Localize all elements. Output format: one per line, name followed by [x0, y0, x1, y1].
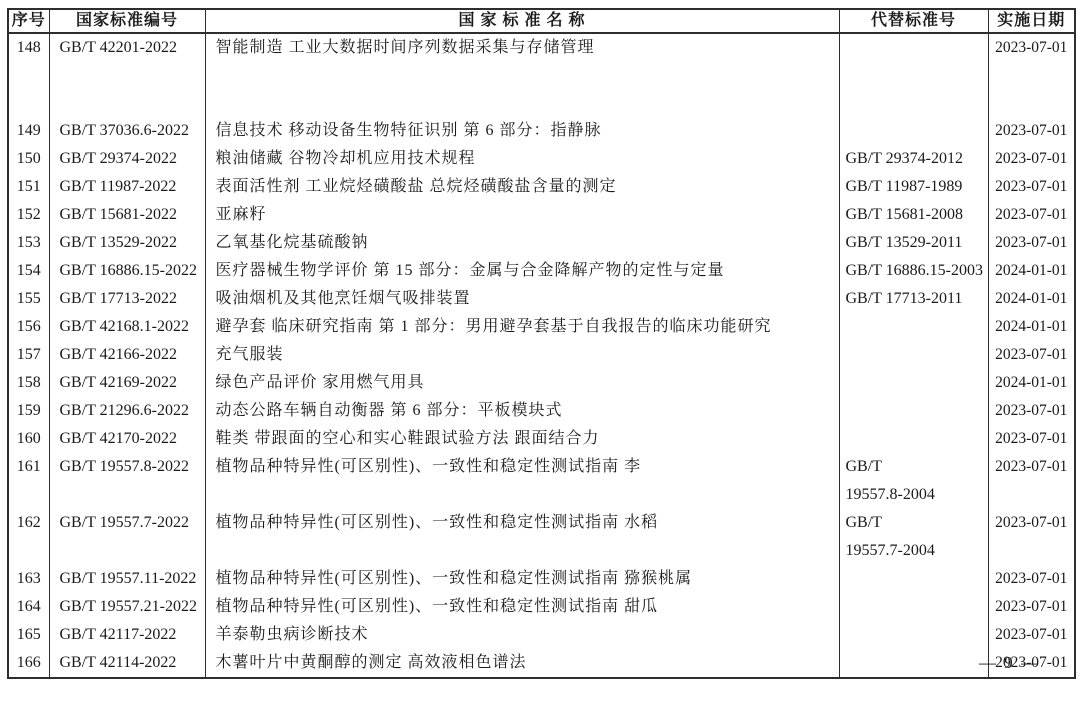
cell-standard-code: GB/T 21296.6-2022	[49, 397, 205, 425]
cell-standard-code: GB/T 42168.1-2022	[49, 313, 205, 341]
cell-implementation-date: 2023-07-01	[988, 33, 1075, 117]
cell-standard-name: 智能制造 工业大数据时间序列数据采集与存储管理	[205, 33, 839, 117]
cell-replaced-code	[839, 313, 988, 341]
cell-replaced-code	[839, 593, 988, 621]
col-header-standard-code: 国家标准编号	[49, 9, 205, 33]
cell-standard-name: 鞋类 带跟面的空心和实心鞋跟试验方法 跟面结合力	[205, 425, 839, 453]
cell-standard-code: GB/T 19557.8-2022	[49, 453, 205, 509]
table-row: 154 GB/T 16886.15-2022 医疗器械生物学评价 第 15 部分…	[8, 257, 1075, 285]
cell-implementation-date: 2023-07-01	[988, 509, 1075, 565]
table-row: 156 GB/T 42168.1-2022 避孕套 临床研究指南 第 1 部分：…	[8, 313, 1075, 341]
cell-implementation-date: 2024-01-01	[988, 313, 1075, 341]
cell-replaced-code	[839, 565, 988, 593]
table-row: 148 GB/T 42201-2022 智能制造 工业大数据时间序列数据采集与存…	[8, 33, 1075, 117]
cell-standard-name: 亚麻籽	[205, 201, 839, 229]
table-row: 150 GB/T 29374-2022 粮油储藏 谷物冷却机应用技术规程 GB/…	[8, 145, 1075, 173]
cell-serial-number: 165	[8, 621, 49, 649]
cell-standard-code: GB/T 29374-2022	[49, 145, 205, 173]
col-header-replaced-code: 代替标准号	[839, 9, 988, 33]
cell-standard-name: 植物品种特异性(可区别性)、一致性和稳定性测试指南 水稻	[205, 509, 839, 565]
cell-serial-number: 148	[8, 33, 49, 117]
cell-standard-code: GB/T 13529-2022	[49, 229, 205, 257]
cell-implementation-date: 2023-07-01	[988, 453, 1075, 509]
cell-standard-name: 医疗器械生物学评价 第 15 部分：金属与合金降解产物的定性与定量	[205, 257, 839, 285]
cell-implementation-date: 2023-07-01	[988, 229, 1075, 257]
cell-standard-name: 植物品种特异性(可区别性)、一致性和稳定性测试指南 甜瓜	[205, 593, 839, 621]
cell-standard-code: GB/T 42201-2022	[49, 33, 205, 117]
cell-serial-number: 164	[8, 593, 49, 621]
cell-standard-name: 乙氧基化烷基硫酸钠	[205, 229, 839, 257]
cell-standard-code: GB/T 15681-2022	[49, 201, 205, 229]
table-row: 160 GB/T 42170-2022 鞋类 带跟面的空心和实心鞋跟试验方法 跟…	[8, 425, 1075, 453]
cell-implementation-date: 2023-07-01	[988, 397, 1075, 425]
cell-replaced-code: GB/T 17713-2011	[839, 285, 988, 313]
cell-replaced-code: GB/T 19557.8-2004	[839, 453, 988, 509]
cell-standard-code: GB/T 42117-2022	[49, 621, 205, 649]
cell-standard-name: 表面活性剂 工业烷烃磺酸盐 总烷烃磺酸盐含量的测定	[205, 173, 839, 201]
cell-replaced-code	[839, 341, 988, 369]
table-row: 152 GB/T 15681-2022 亚麻籽 GB/T 15681-2008 …	[8, 201, 1075, 229]
cell-replaced-code: GB/T 13529-2011	[839, 229, 988, 257]
table-row: 162 GB/T 19557.7-2022 植物品种特异性(可区别性)、一致性和…	[8, 509, 1075, 565]
table-row: 163 GB/T 19557.11-2022 植物品种特异性(可区别性)、一致性…	[8, 565, 1075, 593]
cell-serial-number: 166	[8, 649, 49, 678]
cell-replaced-code: GB/T 15681-2008	[839, 201, 988, 229]
cell-replaced-code	[839, 369, 988, 397]
cell-standard-code: GB/T 42169-2022	[49, 369, 205, 397]
table-row: 149 GB/T 37036.6-2022 信息技术 移动设备生物特征识别 第 …	[8, 117, 1075, 145]
cell-replaced-code	[839, 33, 988, 117]
national-standards-table: 序号 国家标准编号 国 家 标 准 名 称 代替标准号 实施日期 148 GB/…	[7, 8, 1076, 679]
cell-standard-code: GB/T 16886.15-2022	[49, 257, 205, 285]
cell-replaced-code	[839, 117, 988, 145]
cell-serial-number: 162	[8, 509, 49, 565]
cell-standard-code: GB/T 42114-2022	[49, 649, 205, 678]
cell-standard-name: 动态公路车辆自动衡器 第 6 部分：平板模块式	[205, 397, 839, 425]
cell-implementation-date: 2023-07-01	[988, 341, 1075, 369]
cell-serial-number: 151	[8, 173, 49, 201]
cell-standard-name: 绿色产品评价 家用燃气用具	[205, 369, 839, 397]
cell-replaced-code: GB/T 16886.15-2003	[839, 257, 988, 285]
cell-serial-number: 157	[8, 341, 49, 369]
cell-serial-number: 149	[8, 117, 49, 145]
table-row: 161 GB/T 19557.8-2022 植物品种特异性(可区别性)、一致性和…	[8, 453, 1075, 509]
col-header-serial-number: 序号	[8, 9, 49, 33]
cell-serial-number: 150	[8, 145, 49, 173]
cell-standard-code: GB/T 17713-2022	[49, 285, 205, 313]
cell-standard-code: GB/T 42166-2022	[49, 341, 205, 369]
cell-serial-number: 152	[8, 201, 49, 229]
page-number: — 9 —	[979, 653, 1040, 673]
cell-standard-name: 木薯叶片中黄酮醇的测定 高效液相色谱法	[205, 649, 839, 678]
cell-replaced-code	[839, 397, 988, 425]
cell-standard-code: GB/T 42170-2022	[49, 425, 205, 453]
cell-standard-name: 避孕套 临床研究指南 第 1 部分：男用避孕套基于自我报告的临床功能研究	[205, 313, 839, 341]
cell-serial-number: 153	[8, 229, 49, 257]
table-row: 165 GB/T 42117-2022 羊泰勒虫病诊断技术 2023-07-01	[8, 621, 1075, 649]
cell-implementation-date: 2023-07-01	[988, 117, 1075, 145]
cell-replaced-code: GB/T 19557.7-2004	[839, 509, 988, 565]
cell-standard-name: 充气服装	[205, 341, 839, 369]
cell-standard-code: GB/T 11987-2022	[49, 173, 205, 201]
cell-implementation-date: 2024-01-01	[988, 257, 1075, 285]
cell-implementation-date: 2023-07-01	[988, 621, 1075, 649]
table-row: 159 GB/T 21296.6-2022 动态公路车辆自动衡器 第 6 部分：…	[8, 397, 1075, 425]
cell-standard-code: GB/T 37036.6-2022	[49, 117, 205, 145]
cell-standard-code: GB/T 19557.11-2022	[49, 565, 205, 593]
table-row: 158 GB/T 42169-2022 绿色产品评价 家用燃气用具 2024-0…	[8, 369, 1075, 397]
cell-serial-number: 154	[8, 257, 49, 285]
col-header-standard-name: 国 家 标 准 名 称	[205, 9, 839, 33]
cell-replaced-code	[839, 649, 988, 678]
cell-standard-code: GB/T 19557.7-2022	[49, 509, 205, 565]
cell-replaced-code	[839, 621, 988, 649]
cell-serial-number: 160	[8, 425, 49, 453]
cell-implementation-date: 2023-07-01	[988, 425, 1075, 453]
cell-standard-code: GB/T 19557.21-2022	[49, 593, 205, 621]
document-page: 序号 国家标准编号 国 家 标 准 名 称 代替标准号 实施日期 148 GB/…	[7, 8, 1074, 679]
cell-implementation-date: 2024-01-01	[988, 285, 1075, 313]
col-header-implementation-date: 实施日期	[988, 9, 1075, 33]
cell-replaced-code	[839, 425, 988, 453]
cell-implementation-date: 2023-07-01	[988, 201, 1075, 229]
table-row: 155 GB/T 17713-2022 吸油烟机及其他烹饪烟气吸排装置 GB/T…	[8, 285, 1075, 313]
table-row: 164 GB/T 19557.21-2022 植物品种特异性(可区别性)、一致性…	[8, 593, 1075, 621]
cell-standard-name: 信息技术 移动设备生物特征识别 第 6 部分：指静脉	[205, 117, 839, 145]
cell-standard-name: 吸油烟机及其他烹饪烟气吸排装置	[205, 285, 839, 313]
cell-standard-name: 植物品种特异性(可区别性)、一致性和稳定性测试指南 猕猴桃属	[205, 565, 839, 593]
cell-standard-name: 植物品种特异性(可区别性)、一致性和稳定性测试指南 李	[205, 453, 839, 509]
cell-implementation-date: 2023-07-01	[988, 173, 1075, 201]
table-row: 157 GB/T 42166-2022 充气服装 2023-07-01	[8, 341, 1075, 369]
cell-replaced-code: GB/T 29374-2012	[839, 145, 988, 173]
cell-implementation-date: 2023-07-01	[988, 565, 1075, 593]
cell-replaced-code: GB/T 11987-1989	[839, 173, 988, 201]
cell-serial-number: 163	[8, 565, 49, 593]
cell-standard-name: 粮油储藏 谷物冷却机应用技术规程	[205, 145, 839, 173]
cell-implementation-date: 2023-07-01	[988, 593, 1075, 621]
cell-serial-number: 155	[8, 285, 49, 313]
cell-implementation-date: 2024-01-01	[988, 369, 1075, 397]
cell-serial-number: 158	[8, 369, 49, 397]
cell-serial-number: 161	[8, 453, 49, 509]
cell-standard-name: 羊泰勒虫病诊断技术	[205, 621, 839, 649]
cell-serial-number: 159	[8, 397, 49, 425]
table-row: 166 GB/T 42114-2022 木薯叶片中黄酮醇的测定 高效液相色谱法 …	[8, 649, 1075, 678]
cell-serial-number: 156	[8, 313, 49, 341]
table-header-row: 序号 国家标准编号 国 家 标 准 名 称 代替标准号 实施日期	[8, 9, 1075, 33]
table-row: 151 GB/T 11987-2022 表面活性剂 工业烷烃磺酸盐 总烷烃磺酸盐…	[8, 173, 1075, 201]
table-row: 153 GB/T 13529-2022 乙氧基化烷基硫酸钠 GB/T 13529…	[8, 229, 1075, 257]
cell-implementation-date: 2023-07-01	[988, 145, 1075, 173]
